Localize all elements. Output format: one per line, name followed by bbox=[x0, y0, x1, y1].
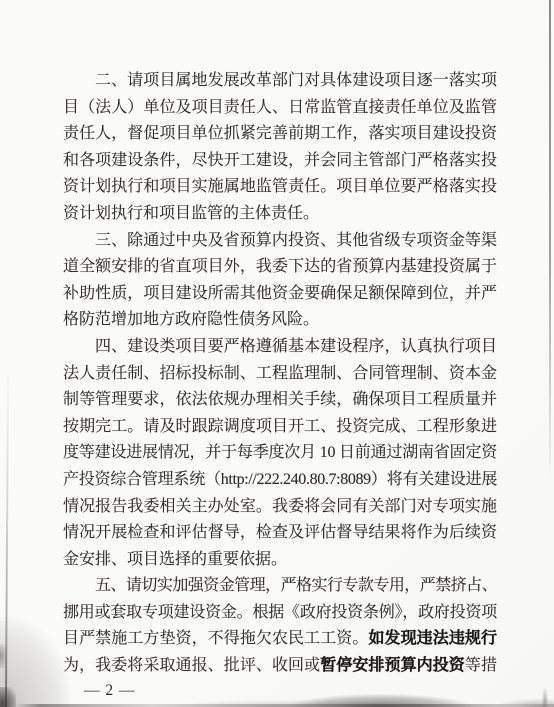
text-run: 金安排、项目选择的重要依据。 bbox=[63, 551, 287, 568]
text-line: 资计划执行和项目实施属地监管责任。项目单位要严格落实投 bbox=[63, 174, 497, 201]
text-run: 产投资综合管理系统（http://222.240.80.7:8089）将有关建设… bbox=[63, 471, 497, 488]
scan-artifact-bottom-left-shadow bbox=[0, 617, 70, 707]
text-line: 为，我委将采取通报、批评、收回或暂停安排预算内投资等措 bbox=[63, 653, 497, 680]
text-run: 资计划执行和项目实施属地监管责任。项目单位要严格落实投 bbox=[63, 178, 497, 195]
para-3: 三、除通过中央及省预算内投资、其他省级专项资金等渠道全额安排的省直项目外，我委下… bbox=[63, 228, 497, 334]
text-line: 情况开展检查和评估督导，检查及评估督导结果将作为后续资 bbox=[63, 520, 497, 547]
scan-artifact-bottom-right-dash bbox=[542, 688, 548, 707]
text-run: 责任人，督促项目单位抓紧完善前期工作，落实项目建设投资 bbox=[63, 125, 497, 142]
text-line: 三、除通过中央及省预算内投资、其他省级专项资金等渠 bbox=[63, 228, 497, 255]
text-line: 制等管理要求，依法依规办理相关手续，确保项目工程质量并 bbox=[63, 387, 497, 414]
text-run: 目（法人）单位及项目责任人、日常监管直接责任单位及监管 bbox=[63, 99, 497, 116]
text-run: 按期完工。请及时跟踪调度项目开工、投资完成、工程形象进 bbox=[63, 418, 497, 435]
text-run: 情况开展检查和评估督导，检查及评估督导结果将作为后续资 bbox=[63, 524, 497, 541]
text-run: 法人责任制、招标投标制、工程监理制、合同管理制、资本金 bbox=[63, 365, 497, 382]
emphasized-text-run: 如发现违法违规行 bbox=[368, 630, 497, 647]
text-run: 挪用或套取专项建设资金。根据《政府投资条例》，政府投资项 bbox=[63, 604, 497, 621]
document-page: 二、请项目属地发展改革部门对具体建设项目逐一落实项目（法人）单位及项目责任人、日… bbox=[0, 0, 554, 707]
text-run: 补助性质，项目建设所需其他资金要确保足额保障到位，并严 bbox=[63, 285, 497, 302]
text-line: 四、建设类项目要严格遵循基本建设程序，认真执行项目 bbox=[63, 334, 497, 361]
text-line: 目严禁施工方垫资，不得拖欠农民工工资。如发现违法违规行 bbox=[63, 626, 497, 653]
text-line: 补助性质，项目建设所需其他资金要确保足额保障到位，并严 bbox=[63, 281, 497, 308]
text-run: 情况报告我委相关主办处室。我委将会同有关部门对专项实施 bbox=[63, 498, 497, 515]
scan-artifact-left-edge-dash bbox=[0, 644, 7, 668]
text-line: 挪用或套取专项建设资金。根据《政府投资条例》，政府投资项 bbox=[63, 600, 497, 627]
text-run: 五、请切实加强资金管理，严格实行专款专用，严禁挤占、 bbox=[95, 577, 497, 594]
text-line: 法人责任制、招标投标制、工程监理制、合同管理制、资本金 bbox=[63, 361, 497, 388]
text-line: 产投资综合管理系统（http://222.240.80.7:8089）将有关建设… bbox=[63, 467, 497, 494]
text-run: 四、建设类项目要严格遵循基本建设程序，认真执行项目 bbox=[95, 338, 497, 355]
text-line: 二、请项目属地发展改革部门对具体建设项目逐一落实项 bbox=[63, 68, 497, 95]
text-line: 按期完工。请及时跟踪调度项目开工、投资完成、工程形象进 bbox=[63, 414, 497, 441]
text-run: 资计划执行和项目监管的主体责任。 bbox=[63, 205, 319, 222]
text-line: 道全额安排的省直项目外，我委下达的省预算内基建投资属于 bbox=[63, 254, 497, 281]
para-2: 二、请项目属地发展改革部门对具体建设项目逐一落实项目（法人）单位及项目责任人、日… bbox=[63, 68, 497, 228]
text-line: 格防范增加地方政府隐性债务风险。 bbox=[63, 307, 497, 334]
text-line: 和各项建设条件，尽快开工建设，并会同主管部门严格落实投 bbox=[63, 148, 497, 175]
scan-artifact-left-streak bbox=[5, 362, 9, 707]
para-4: 四、建设类项目要严格遵循基本建设程序，认真执行项目法人责任制、招标投标制、工程监… bbox=[63, 334, 497, 573]
text-run: 目严禁施工方垫资，不得拖欠农民工工资。 bbox=[63, 630, 368, 647]
text-run: 道全额安排的省直项目外，我委下达的省预算内基建投资属于 bbox=[63, 258, 497, 275]
scan-artifact-bottom-left-mark bbox=[0, 687, 16, 707]
text-line: 度等建设进展情况，并于每季度次月 10 日前通过湖南省固定资 bbox=[63, 440, 497, 467]
page-number: — 2 — bbox=[84, 682, 136, 700]
emphasized-text-run: 暂停安排预算内投资 bbox=[320, 657, 465, 674]
text-run: 度等建设进展情况，并于每季度次月 10 日前通过湖南省固定资 bbox=[63, 444, 497, 461]
text-run: 二、请项目属地发展改革部门对具体建设项目逐一落实项 bbox=[95, 72, 497, 89]
text-run: 和各项建设条件，尽快开工建设，并会同主管部门严格落实投 bbox=[63, 152, 497, 169]
text-line: 资计划执行和项目监管的主体责任。 bbox=[63, 201, 497, 228]
text-run: 格防范增加地方政府隐性债务风险。 bbox=[63, 311, 319, 328]
text-line: 金安排、项目选择的重要依据。 bbox=[63, 547, 497, 574]
para-5: 五、请切实加强资金管理，严格实行专款专用，严禁挤占、挪用或套取专项建设资金。根据… bbox=[63, 573, 497, 679]
text-run: 等措 bbox=[465, 657, 497, 674]
text-run: 为，我委将采取通报、批评、收回或 bbox=[63, 657, 320, 674]
text-line: 五、请切实加强资金管理，严格实行专款专用，严禁挤占、 bbox=[63, 573, 497, 600]
text-line: 目（法人）单位及项目责任人、日常监管直接责任单位及监管 bbox=[63, 95, 497, 122]
text-run: 制等管理要求，依法依规办理相关手续，确保项目工程质量并 bbox=[63, 391, 497, 408]
document-body: 二、请项目属地发展改革部门对具体建设项目逐一落实项目（法人）单位及项目责任人、日… bbox=[63, 68, 497, 680]
scan-artifact-right-edge-line bbox=[549, 0, 551, 485]
text-run: 三、除通过中央及省预算内投资、其他省级专项资金等渠 bbox=[95, 232, 497, 249]
text-line: 情况报告我委相关主办处室。我委将会同有关部门对专项实施 bbox=[63, 494, 497, 521]
text-line: 责任人，督促项目单位抓紧完善前期工作，落实项目建设投资 bbox=[63, 121, 497, 148]
